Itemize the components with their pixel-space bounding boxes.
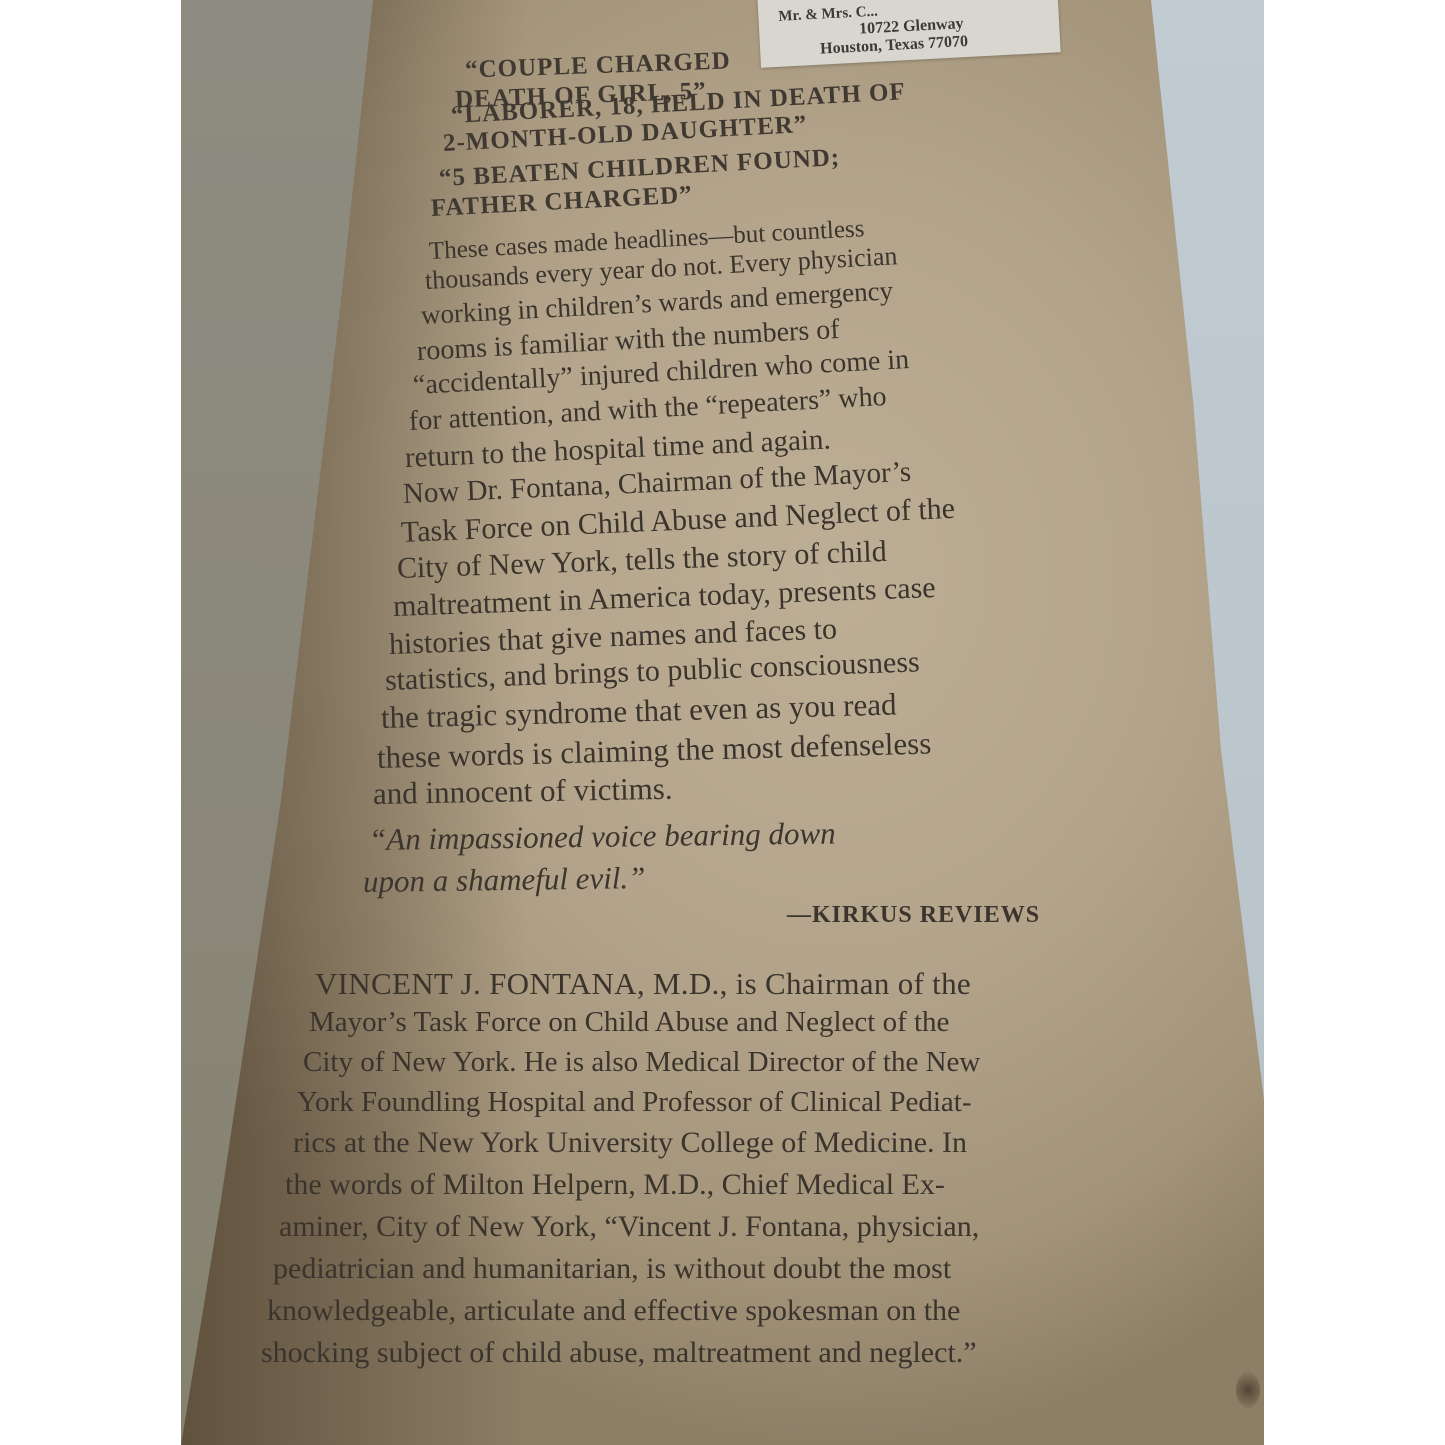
author-bio-line: Mayor’s Task Force on Child Abuse and Ne…	[309, 1006, 949, 1039]
author-bio-line: rics at the New York University College …	[293, 1126, 967, 1160]
review-quote-line: upon a shameful evil.”	[363, 860, 646, 900]
review-quote-line: “An impassioned voice bearing down	[369, 815, 836, 858]
address-label-city: Houston, Texas 77070	[820, 33, 969, 58]
book-page-photo: Mr. & Mrs. C... 10722 Glenway Houston, T…	[181, 0, 1264, 1445]
author-bio-line: shocking subject of child abuse, maltrea…	[261, 1336, 977, 1370]
author-bio-line: VINCENT J. FONTANA, M.D., is Chairman of…	[315, 966, 971, 1002]
review-attribution: —KIRKUS REVIEWS	[787, 902, 1040, 929]
author-bio-line: pediatrician and humanitarian, is withou…	[273, 1252, 951, 1286]
author-bio-line: knowledgeable, articulate and effective …	[267, 1294, 960, 1328]
author-bio-line: York Foundling Hospital and Professor of…	[297, 1086, 972, 1119]
author-bio-line: the words of Milton Helpern, M.D., Chief…	[285, 1168, 945, 1202]
author-bio-line: City of New York. He is also Medical Dir…	[303, 1046, 980, 1079]
author-bio-line: aminer, City of New York, “Vincent J. Fo…	[279, 1210, 979, 1244]
blurb-line: and innocent of victims.	[373, 771, 673, 812]
ink-smudge	[1236, 1372, 1260, 1408]
